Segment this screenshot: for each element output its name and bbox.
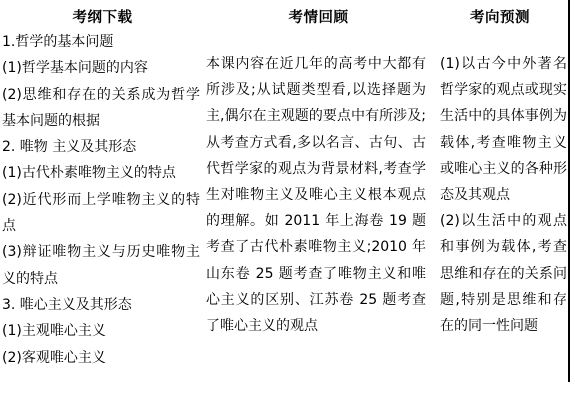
outline-item: (1)哲学基本问题的内容 [2, 55, 200, 81]
outline-item: (1)主观唯心主义 [2, 318, 200, 344]
column-forecast: (1)以古今中外著名哲学家的观点或现实生活中的具体事例为载体,考查唯物主义或唯心… [440, 51, 567, 339]
outline-item: (2)思维和存在的关系成为哲学基本问题的根据 [2, 82, 200, 135]
document-page: 考纲下载 考情回顾 考向预测 1.哲学的基本问题 (1)哲学基本问题的内容 (2… [0, 0, 575, 404]
outline-item: (2)客观唯心主义 [2, 345, 200, 371]
outline-item: (1)古代朴素唯物主义的特点 [2, 160, 200, 186]
forecast-paragraph: (1)以古今中外著名哲学家的观点或现实生活中的具体事例为载体,考查唯物主义或唯心… [440, 51, 567, 208]
forecast-paragraph: (2)以生活中的观点和事例为载体,考查思维和存在的关系问题,特别是思维和存在的同… [440, 208, 567, 339]
column-header-outline: 考纲下载 [0, 6, 205, 27]
column-outline: 1.哲学的基本问题 (1)哲学基本问题的内容 (2)思维和存在的关系成为哲学基本… [2, 29, 200, 371]
outline-item: 2. 唯物 主义及其形态 [2, 134, 200, 160]
outline-item: (3)辩证唯物主义与历史唯物主义的特点 [2, 239, 200, 292]
column-header-review: 考情回顾 [205, 6, 432, 27]
column-review: 本课内容在近几年的高考中大都有所涉及;从试题类型看,以选择题为主,偶尔在主观题的… [206, 51, 426, 339]
outline-item: 1.哲学的基本问题 [2, 29, 200, 55]
table-right-border [568, 0, 570, 382]
review-paragraph: 本课内容在近几年的高考中大都有所涉及;从试题类型看,以选择题为主,偶尔在主观题的… [206, 51, 426, 339]
column-header-forecast: 考向预测 [432, 6, 568, 27]
outline-item: 3. 唯心主义及其形态 [2, 292, 200, 318]
outline-item: (2)近代形而上学唯物主义的特点 [2, 187, 200, 240]
